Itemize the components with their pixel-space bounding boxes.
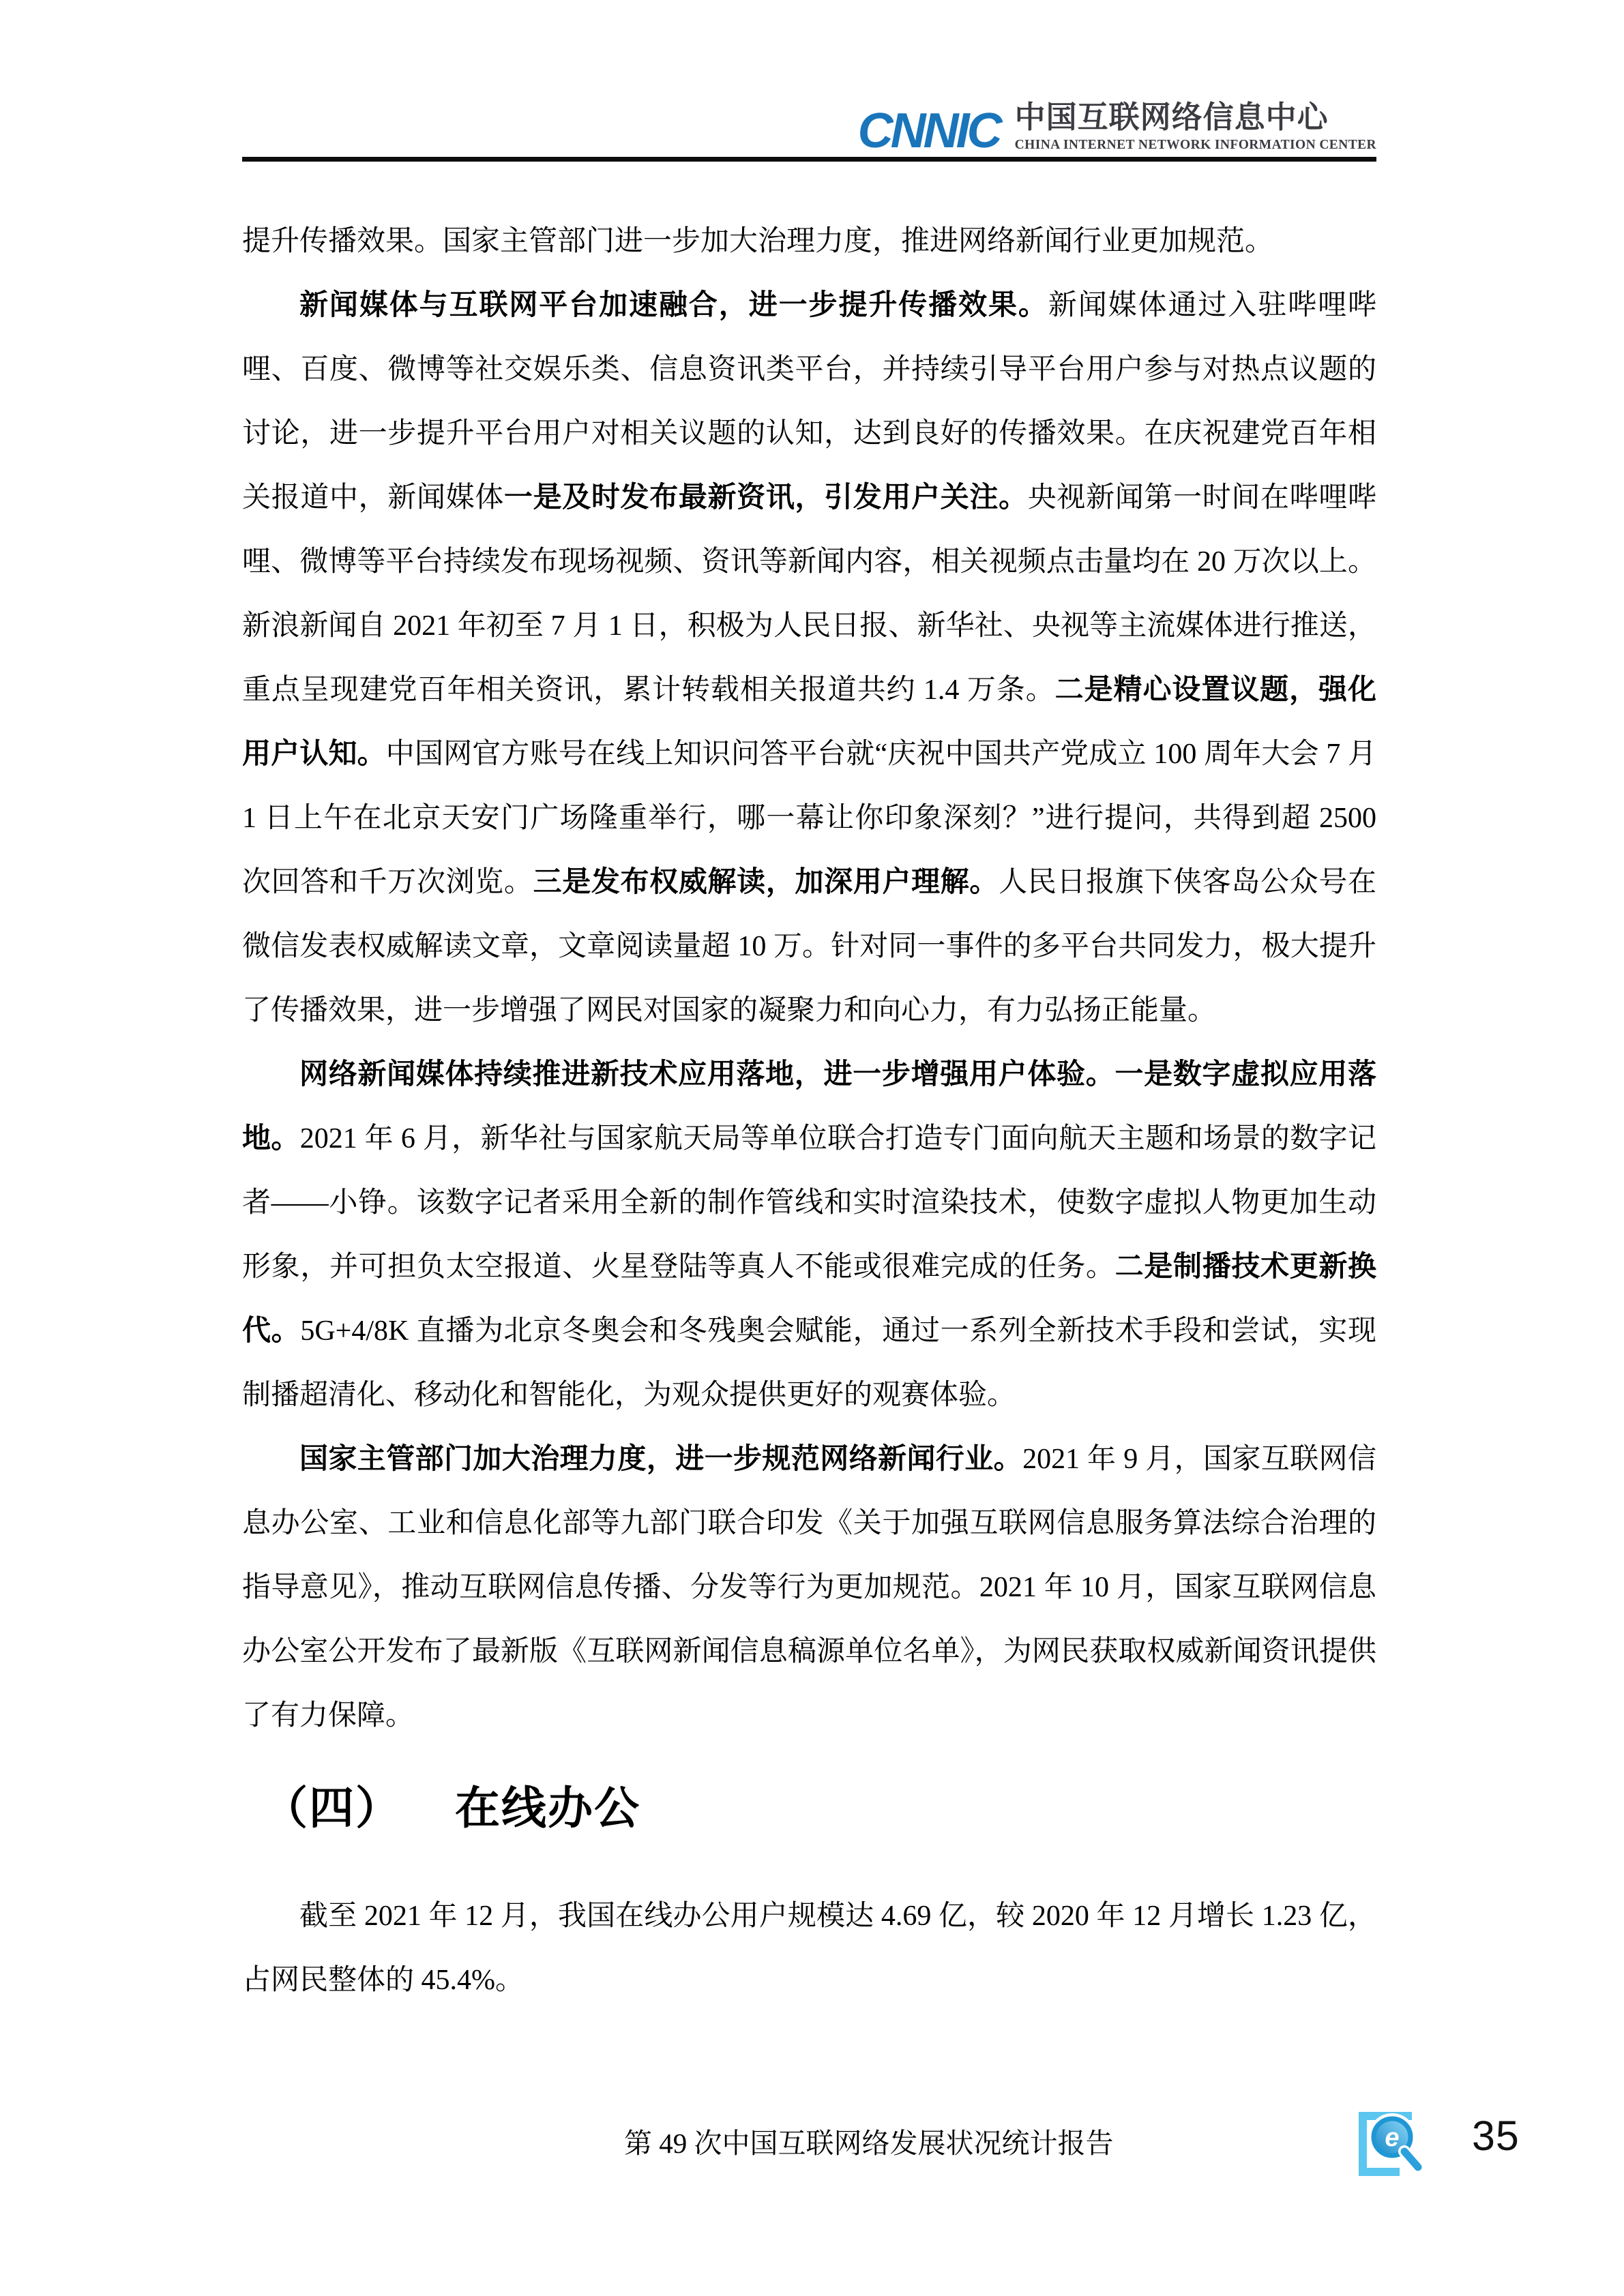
footer-report-title: 第 49 次中国互联网络发展状况统计报告 — [624, 2128, 1114, 2158]
page-body: 提升传播效果。国家主管部门进一步加大治理力度，推进网络新闻行业更加规范。 新闻媒… — [242, 209, 1376, 2012]
section-title: 在线办公 — [455, 1784, 640, 1834]
magnifier-handle — [1404, 2151, 1418, 2167]
cnnic-seal-logo: e — [1355, 2110, 1426, 2178]
paragraph-new-technology: 网络新闻媒体持续推进新技术应用落地，进一步增强用户体验。一是数字虚拟应用落地。2… — [242, 1043, 1376, 1427]
bold-text-run: 一是及时发布最新资讯，引发用户关注。 — [504, 482, 1028, 513]
header-rule — [242, 157, 1376, 162]
cnnic-logo-names: 中国互联网络信息中心 CHINA INTERNET NETWORK INFORM… — [1015, 101, 1376, 153]
paragraph-regulation: 国家主管部门加大治理力度，进一步规范网络新闻行业。2021 年 9 月，国家互联… — [242, 1427, 1376, 1748]
section-heading: （四）在线办公 — [263, 1782, 1376, 1836]
bold-text-run: 新闻媒体与互联网平台加速融合，进一步提升传播效果。 — [299, 290, 1048, 321]
text-run: 截至 2021 年 12 月，我国在线办公用户规模达 4.69 亿，较 2020… — [242, 1900, 1376, 1996]
document-page: CNNIC 中国互联网络信息中心 CHINA INTERNET NETWORK … — [0, 0, 1624, 2296]
cnnic-header-logo: CNNIC 中国互联网络信息中心 CHINA INTERNET NETWORK … — [858, 101, 1376, 153]
letter-e-glyph: e — [1385, 2123, 1399, 2152]
text-run: 5G+4/8K 直播为北京冬奥会和冬残奥会赋能，通过一系列全新技术手段和尝试，实… — [242, 1315, 1376, 1411]
text-run: 新闻媒体通过入驻哔哩哔哩、百度、微博等社交娱乐类、信息资讯类平台，并持续引导平台… — [242, 290, 1376, 513]
paragraph-online-office-stats: 截至 2021 年 12 月，我国在线办公用户规模达 4.69 亿，较 2020… — [242, 1884, 1376, 2012]
text-run: 央视新闻第一时间在哔哩哔哩、微博等平台持续发布现场视频、资讯等新闻内容，相关视频… — [242, 482, 1376, 706]
cnnic-title-chinese: 中国互联网络信息中心 — [1015, 101, 1329, 133]
page-number: 35 — [1472, 2115, 1520, 2157]
paragraph-continuation: 提升传播效果。国家主管部门进一步加大治理力度，推进网络新闻行业更加规范。 — [242, 209, 1376, 273]
bold-text-run: 三是发布权威解读，加深用户理解。 — [533, 867, 999, 898]
text-run: 提升传播效果。国家主管部门进一步加大治理力度，推进网络新闻行业更加规范。 — [242, 226, 1273, 257]
cnnic-title-english: CHINA INTERNET NETWORK INFORMATION CENTE… — [1015, 138, 1376, 153]
cnnic-wordmark: CNNIC — [858, 111, 1000, 151]
text-run: 2021 年 9 月，国家互联网信息办公室、工业和信息化部等九部门联合印发《关于… — [242, 1444, 1376, 1731]
bold-text-run: 国家主管部门加大治理力度，进一步规范网络新闻行业。 — [299, 1444, 1022, 1475]
section-number: （四） — [263, 1784, 402, 1834]
magnifier-icon: e — [1374, 2119, 1418, 2167]
paragraph-media-platform-integration: 新闻媒体与互联网平台加速融合，进一步提升传播效果。新闻媒体通过入驻哔哩哔哩、百度… — [242, 273, 1376, 1043]
